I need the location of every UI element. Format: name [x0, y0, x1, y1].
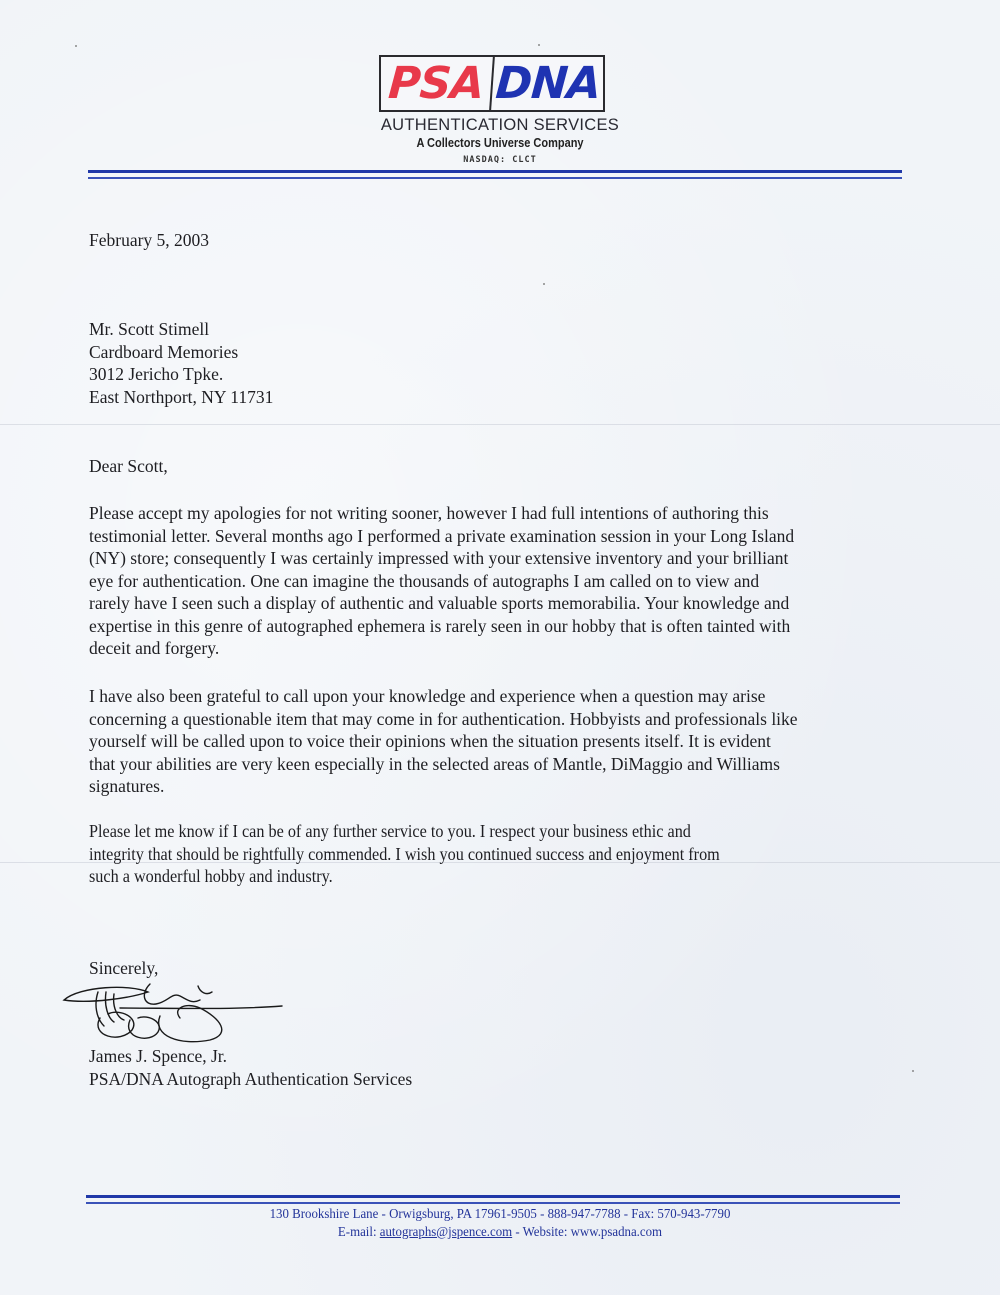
logo-psa-text: PSA: [379, 57, 495, 110]
paragraph-line: concerning a questionable item that may …: [89, 708, 798, 731]
paragraph-line: Please accept my apologies for not writi…: [89, 502, 794, 525]
paragraph-line: rarely have I seen such a display of aut…: [89, 592, 794, 615]
paragraph-line: expertise in this genre of autographed e…: [89, 615, 794, 638]
paper-fold-line: [0, 424, 1000, 425]
paper-speck: [538, 44, 540, 46]
logo-dna-text: DNA: [491, 57, 605, 110]
email-label: E-mail:: [338, 1225, 380, 1240]
email-link[interactable]: autographs@jspence.com: [380, 1225, 512, 1240]
footer-contact: E-mail: autographs@jspence.com - Website…: [40, 1225, 960, 1241]
website-label: - Website:: [512, 1225, 570, 1240]
closing: Sincerely,: [89, 957, 158, 980]
header-rule-thick: [88, 170, 902, 173]
letter-date: February 5, 2003: [89, 229, 209, 252]
recipient-name: Mr. Scott Stimell: [89, 318, 273, 341]
paragraph-line: I have also been grateful to call upon y…: [89, 685, 798, 708]
paragraph-line: such a wonderful hobby and industry.: [89, 865, 720, 888]
paper-speck: [75, 45, 77, 47]
recipient-company: Cardboard Memories: [89, 341, 273, 364]
paragraph-line: integrity that should be rightfully comm…: [89, 843, 720, 866]
footer-rule-thin: [86, 1202, 900, 1204]
signature-block: James J. Spence, Jr. PSA/DNA Autograph A…: [89, 1045, 412, 1090]
paragraph-1: Please accept my apologies for not writi…: [89, 502, 794, 660]
paragraph-2: I have also been grateful to call upon y…: [89, 685, 798, 798]
paragraph-line: (NY) store; consequently I was certainly…: [89, 547, 794, 570]
paragraph-3: Please let me know if I can be of any fu…: [89, 820, 720, 888]
psa-dna-logo: PSA DNA: [379, 55, 605, 112]
paper-speck: [543, 283, 545, 285]
handwritten-signature: [60, 978, 285, 1048]
recipient-city: East Northport, NY 11731: [89, 386, 273, 409]
paragraph-line: testimonial letter. Several months ago I…: [89, 525, 794, 548]
paragraph-line: that your abilities are very keen especi…: [89, 753, 798, 776]
letterhead-ticker: NASDAQ: CLCT: [0, 155, 1000, 165]
header-rule-thin: [88, 177, 902, 179]
paper-speck: [912, 1070, 914, 1072]
signer-title: PSA/DNA Autograph Authentication Service…: [89, 1068, 412, 1091]
paragraph-line: deceit and forgery.: [89, 637, 794, 660]
signer-name: James J. Spence, Jr.: [89, 1045, 412, 1068]
recipient-street: 3012 Jericho Tpke.: [89, 363, 273, 386]
salutation: Dear Scott,: [89, 455, 168, 478]
paragraph-line: signatures.: [89, 775, 798, 798]
paragraph-line: eye for authentication. One can imagine …: [89, 570, 794, 593]
website-text: www.psadna.com: [571, 1225, 662, 1240]
letterhead-subtitle: AUTHENTICATION SERVICES: [0, 116, 1000, 135]
letterhead-parent-company: A Collectors Universe Company: [60, 136, 940, 150]
paragraph-line: Please let me know if I can be of any fu…: [89, 820, 720, 843]
footer-rule-thick: [86, 1195, 900, 1198]
footer-address: 130 Brookshire Lane - Orwigsburg, PA 179…: [40, 1207, 960, 1223]
paragraph-line: yourself will be called upon to voice th…: [89, 730, 798, 753]
recipient-address: Mr. Scott Stimell Cardboard Memories 301…: [89, 318, 273, 408]
